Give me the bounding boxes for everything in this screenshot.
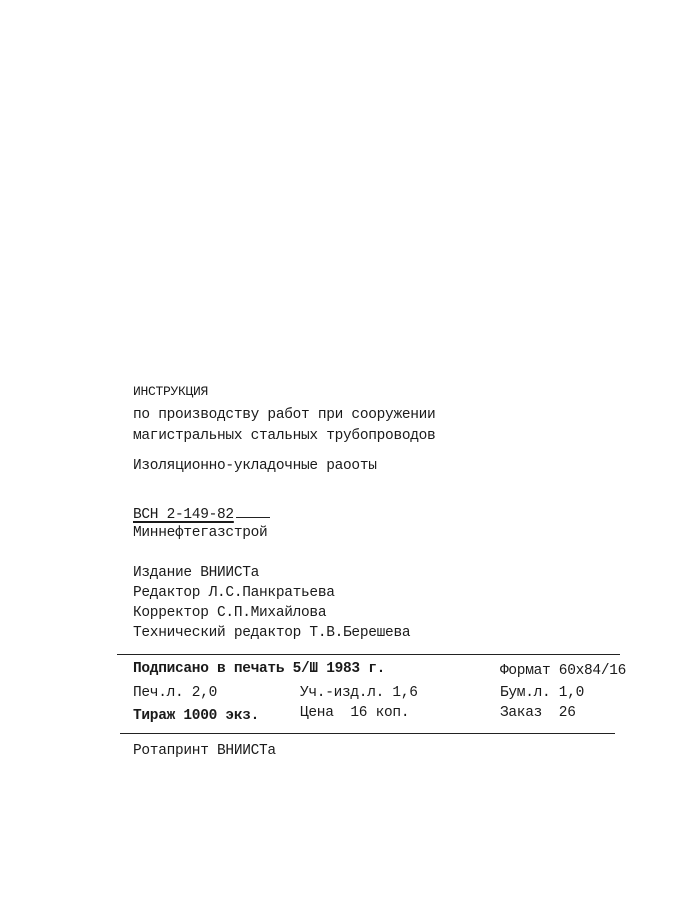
underline xyxy=(236,503,270,518)
circulation: Тираж 1000 экз. xyxy=(133,707,259,725)
edit-sheets: Уч.-изд.л. 1,6 xyxy=(300,684,418,702)
title-line-1: по производству работ при сооружении xyxy=(133,406,435,424)
document-heading: ИНСТРУКЦИЯ xyxy=(133,383,208,401)
standard-code: ВСН 2-149-82 xyxy=(133,507,234,523)
paper-sheets: Бум.л. 1,0 xyxy=(500,684,584,702)
paper-format: Формат 60х84/16 xyxy=(500,662,626,680)
order-number: Заказ 26 xyxy=(500,704,576,722)
ministry-name: Миннефтегазстрой xyxy=(133,524,267,542)
corrector: Корректор С.П.Михайлова xyxy=(133,604,326,622)
price: Цена 16 коп. xyxy=(300,704,409,722)
divider-top xyxy=(117,654,620,655)
print-sheets: Печ.л. 2,0 xyxy=(133,684,217,702)
divider-bottom xyxy=(120,733,615,734)
printer: Ротапринт ВНИИСТа xyxy=(133,742,276,760)
signed-to-print: Подписано в печать 5/Ш 1983 г. xyxy=(133,660,385,678)
document-subtitle: Изоляционно-укладочные раооты xyxy=(133,457,377,475)
title-line-2: магистральных стальных трубопроводов xyxy=(133,427,435,445)
standard-code-wrap: ВСН 2-149-82 xyxy=(133,503,270,524)
editor: Редактор Л.С.Панкратьева xyxy=(133,584,335,602)
publisher: Издание ВНИИСТа xyxy=(133,564,259,582)
technical-editor: Технический редактор Т.В.Берешева xyxy=(133,624,410,642)
